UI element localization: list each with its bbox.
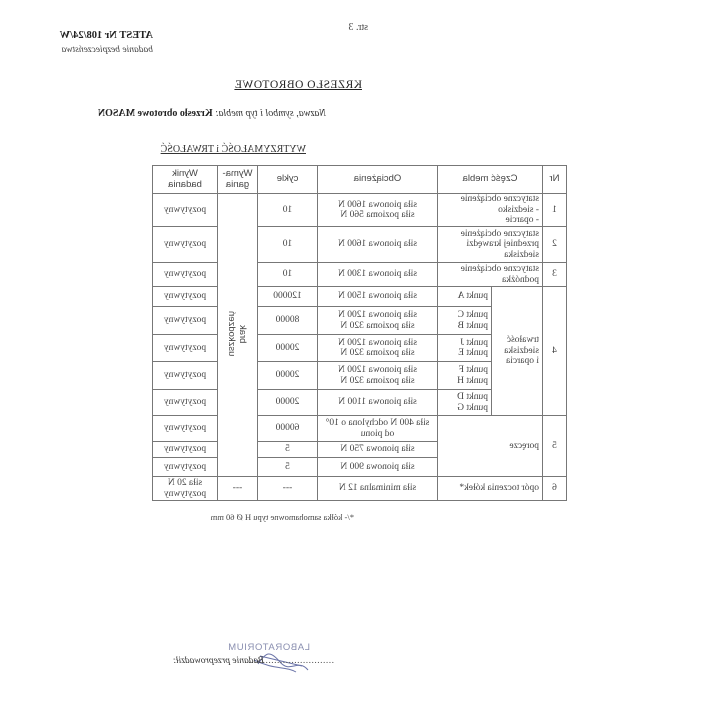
cell-part: poręcze	[438, 416, 543, 477]
table-row: 6opór toczenia kółek*siła minimalna 12 N…	[153, 477, 567, 501]
cell-cycles: 10	[258, 227, 318, 263]
section-title: WYTRZYMAŁOŚĆ i TRWAŁOŚĆ	[161, 144, 306, 155]
col-header-cycles: cykle	[258, 166, 318, 194]
page-number: str. 3	[349, 22, 368, 33]
cell-cycles: 20000	[258, 362, 318, 390]
cell-result: pozytywny	[153, 263, 218, 287]
table-row: 2statyczne obciążenieprzedniej krawędzis…	[153, 227, 567, 263]
cell-load: siła pionowa 1200 Nsiła pozioma 320 N	[318, 335, 438, 362]
cell-load: siła pionowa 1600 Nsiła pozioma 560 N	[318, 194, 438, 227]
cell-nr: 6	[543, 477, 567, 501]
cell-part: statyczne obciążenie- siedzisko- oparcie	[438, 194, 543, 227]
col-header-result: Wynikbadania	[153, 166, 218, 194]
cell-nr: 3	[543, 263, 567, 287]
cell-result: pozytywny	[153, 307, 218, 335]
cell-result: pozytywny	[153, 287, 218, 307]
cell-nr: 1	[543, 194, 567, 227]
product-name-value: Krzesło obrotowe MASON	[98, 108, 213, 119]
footnote: */- kółka samohamowne typu H Ø 60 mm	[211, 512, 354, 522]
cell-cycles: 10	[258, 263, 318, 287]
cell-point: punkt Jpunkt E	[438, 335, 492, 362]
col-header-load: Obciążenia	[318, 166, 438, 194]
cell-cycles: ---	[258, 477, 318, 501]
cell-result: pozytywny	[153, 362, 218, 390]
cell-load: siła pionowa 900 N	[318, 458, 438, 477]
document-page: str. 3 ATEST Nr 108/24/W badanie bezpiec…	[0, 0, 720, 720]
cell-cycles: 20000	[258, 390, 318, 416]
cell-load: siła pionowa 1200 Nsiła pozioma 320 N	[318, 362, 438, 390]
col-header-part: Część mebla	[438, 166, 543, 194]
requirement-text: brakuszkodzeń	[227, 311, 249, 356]
cell-load: siła pionowa 1100 N	[318, 390, 438, 416]
cell-cycles: 80000	[258, 307, 318, 335]
cell-result: pozytywny	[153, 416, 218, 442]
cell-result: pozytywny	[153, 194, 218, 227]
cell-requirement: ---	[218, 477, 258, 501]
product-name-line: Nazwa, symbol i typ mebla: Krzesło obrot…	[98, 108, 326, 119]
cell-nr: 2	[543, 227, 567, 263]
cell-result: pozytywny	[153, 335, 218, 362]
cell-point: punkt A	[438, 287, 492, 307]
cell-point: punkt Dpunkt G	[438, 390, 492, 416]
table-row: 5poręczesiła 400 N odchylona o 10°od pio…	[153, 416, 567, 442]
atest-number: ATEST Nr 108/24/W	[60, 30, 153, 41]
product-name-label: Nazwa, symbol i typ mebla:	[215, 108, 326, 119]
cell-cycles: 60000	[258, 416, 318, 442]
cell-load: siła 400 N odchylona o 10°od pionu	[318, 416, 438, 442]
cell-result: pozytywny	[153, 442, 218, 458]
cell-cycles: 20000	[258, 335, 318, 362]
cell-load: siła pionowa 1200 Nsiła pozioma 320 N	[318, 307, 438, 335]
cell-requirement-merged: brakuszkodzeń	[218, 194, 258, 477]
cell-point: punkt Cpunkt B	[438, 307, 492, 335]
table-header-row: Nr Część mebla Obciążenia cykle Wyma-gan…	[153, 166, 567, 194]
cell-point: punkt Fpunkt H	[438, 362, 492, 390]
cell-load: siła minimalna 12 N	[318, 477, 438, 501]
cell-cycles: 10	[258, 194, 318, 227]
cell-load: siła pionowa 1500 N	[318, 287, 438, 307]
cell-cycles: 120000	[258, 287, 318, 307]
table-row: 4trwałośćsiedziskai oparciapunkt Asiła p…	[153, 287, 567, 307]
cell-nr: 4	[543, 287, 567, 416]
atest-subtitle: badanie bezpieczeństwa	[61, 45, 153, 55]
document-title: KRZESŁO OBROTOWE	[234, 79, 362, 91]
signature-label: Badanie przeprowadził:	[173, 656, 264, 666]
cell-part: statyczne obciążenieprzedniej krawędzisi…	[438, 227, 543, 263]
cell-result: pozytywny	[153, 390, 218, 416]
cell-result: siła 20 Npozytywny	[153, 477, 218, 501]
cell-part: trwałośćsiedziskai oparcia	[492, 287, 543, 416]
col-header-nr: Nr	[543, 166, 567, 194]
cell-cycles: 5	[258, 442, 318, 458]
cell-nr: 5	[543, 416, 567, 477]
table-row: 1statyczne obciążenie- siedzisko- oparci…	[153, 194, 567, 227]
cell-load: siła pionowa 750 N	[318, 442, 438, 458]
cell-load: siła pionowa 1600 N	[318, 227, 438, 263]
cell-part: opór toczenia kółek*	[438, 477, 543, 501]
cell-result: pozytywny	[153, 227, 218, 263]
table-row: 3statyczne obciążeniepodnóżkasiła pionow…	[153, 263, 567, 287]
cell-cycles: 5	[258, 458, 318, 477]
col-header-requirement: Wyma-gania	[218, 166, 258, 194]
cell-result: pozytywny	[153, 458, 218, 477]
cell-load: siła pionowa 1300 N	[318, 263, 438, 287]
results-table: Nr Część mebla Obciążenia cykle Wyma-gan…	[152, 165, 567, 501]
cell-part: statyczne obciążeniepodnóżka	[438, 263, 543, 287]
